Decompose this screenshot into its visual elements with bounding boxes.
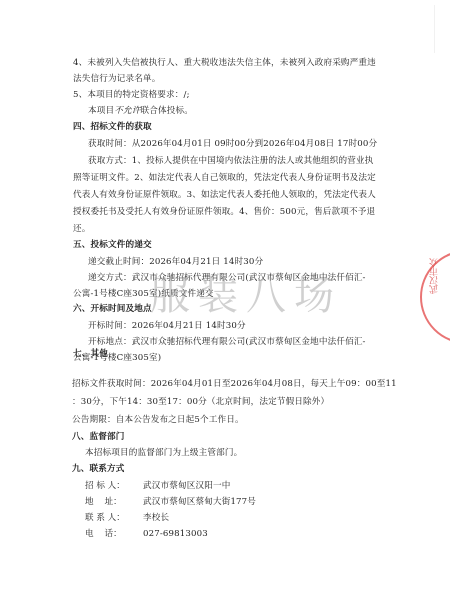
contact-value: 武汉市蔡甸区汉阳一中 — [143, 481, 230, 491]
section-7-line: ：30分，下午14：30至17：00分（北京时间，法定节假日除外） — [72, 396, 329, 408]
section-8-heading: 八、监督部门 — [72, 431, 124, 443]
section-6-time: 开标时间：2026年04月21日 14时30分 — [88, 320, 246, 332]
contact-label: 电 话： — [85, 528, 143, 540]
contact-row-address: 地 址：武汉市蔡甸区蔡甸大街177号 — [85, 496, 256, 508]
section-8-text: 本招标项目的监督部门为上级主管部门。 — [85, 447, 242, 459]
contact-row-person: 联 系 人：李校长 — [85, 512, 169, 524]
section-4-method-line: 还。 — [73, 223, 91, 235]
qualification-item-4-line2: 法失信行为记录名单。 — [73, 73, 160, 85]
consortium-suffix: 联合体投标。 — [140, 106, 192, 116]
page-edge — [434, 5, 435, 53]
stamp-text: 武汉市众 — [430, 258, 442, 294]
contact-value: 027-69813003 — [143, 529, 208, 539]
section-4-heading: 四、招标文件的获取 — [73, 121, 152, 133]
qualification-item-5: 5、本项目的特定资格要求：/; — [73, 89, 190, 101]
section-9-heading: 九、联系方式 — [72, 463, 124, 475]
section-4-method-line: 照等证明文件。2、如法定代表人自己领取的，凭法定代表人身份证明书及法定 — [73, 172, 376, 184]
contact-label: 联 系 人： — [85, 512, 143, 524]
contact-row-phone: 电 话：027-69813003 — [85, 528, 208, 540]
section-4-time: 获取时间：从2026年04月01日 09时00分到2026年04月08日 17时… — [88, 138, 377, 150]
document-page: 4、未被列入失信被执行人、重大税收违法失信主体，未被列入政府采购严重违 法失信行… — [0, 0, 450, 600]
consortium-italic: 不允许 — [114, 106, 140, 116]
section-4-method-line: 授权委托书及受托人有效身份证原件领取。4、售价：500元，售后款项不予退 — [73, 206, 375, 218]
contact-value: 武汉市蔡甸区蔡甸大街177号 — [143, 497, 256, 507]
section-7-heading: 七、其他 — [73, 348, 108, 360]
consortium-prefix: 本项目 — [88, 106, 114, 116]
contact-label: 招 标 人： — [85, 480, 143, 492]
section-5-deadline: 递交截止时间：2026年04月21日 14时30分 — [88, 256, 263, 268]
section-5-heading: 五、投标文件的递交 — [73, 239, 152, 251]
section-6-heading: 六、开标时间及地点 — [73, 303, 152, 315]
section-7-line: 公告期限：自本公告发布之日起5个工作日。 — [72, 414, 244, 426]
section-5-method-line: 递交方式：武汉市众驰招标代理有限公司(武汉市蔡甸区金地中法仟佰汇- — [88, 272, 366, 284]
section-4-method-line: 代表人有效身份证原件领取。3、如法定代表人委托他人领取的，凭法定代表人 — [73, 189, 376, 201]
contact-value: 李校长 — [143, 513, 169, 523]
contact-label: 地 址： — [85, 496, 143, 508]
section-4-method-line: 获取方式：1、投标人提供在中国境内依法注册的法人或其他组织的营业执 — [88, 155, 373, 167]
qualification-item-4-line1: 4、未被列入失信被执行人、重大税收违法失信主体，未被列入政府采购严重违 — [73, 57, 376, 69]
section-7-line: 招标文件获取时间：2026年04月01日至2026年04月08日，每天上午09：… — [72, 378, 397, 390]
section-5-method-line: 公寓-1号楼C座305室)纸质文件递交 — [73, 288, 214, 300]
section-6-place-line: 开标地点：武汉市众驰招标代理有限公司(武汉市蔡甸区金地中法仟佰汇- — [88, 336, 366, 348]
consortium-statement: 本项目不允许联合体投标。 — [88, 105, 193, 117]
contact-row-tenderer: 招 标 人：武汉市蔡甸区汉阳一中 — [85, 480, 230, 492]
